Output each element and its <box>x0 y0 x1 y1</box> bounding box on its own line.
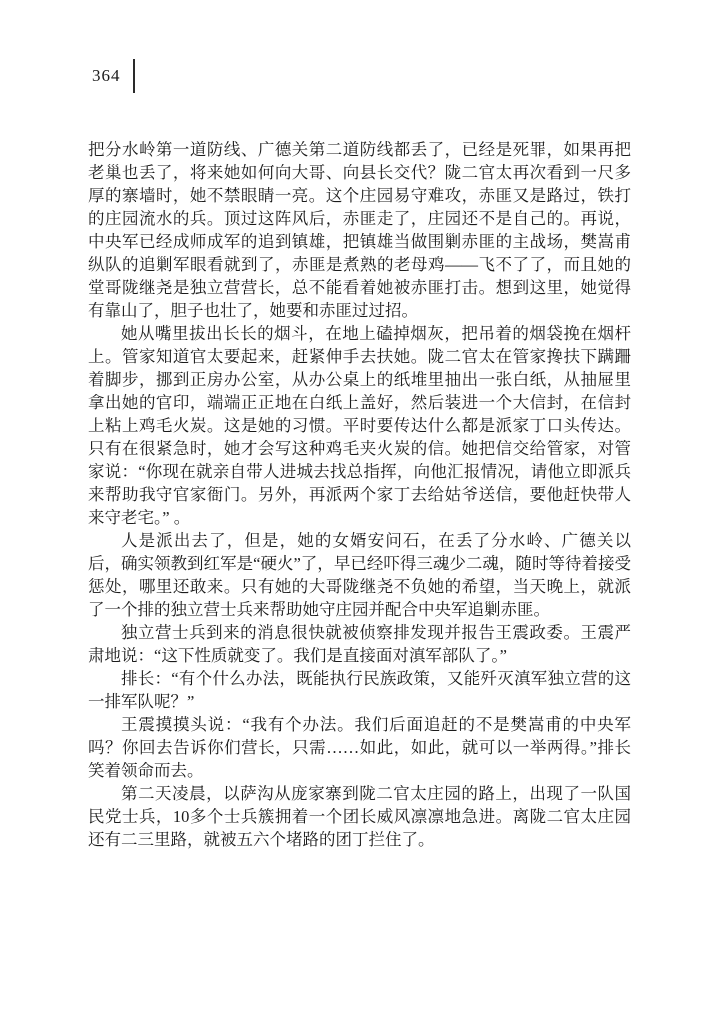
page-header: 364 <box>92 58 135 94</box>
paragraph: 把分水岭第一道防线、广德关第二道防线都丢了，已经是死罪，如果再把老巢也丢了，将来… <box>88 138 631 322</box>
paragraph: 第二天凌晨，以萨沟从庞家寨到陇二官太庄园的路上，出现了一队国民党士兵，10多个士… <box>88 782 631 851</box>
book-page: 364 把分水岭第一道防线、广德关第二道防线都丢了，已经是死罪，如果再把老巢也丢… <box>0 0 715 1010</box>
paragraph: 王震摸摸头说：“我有个办法。我们后面追赶的不是樊嵩甫的中央军吗？你回去告诉你们营… <box>88 713 631 782</box>
paragraph: 排长：“有个什么办法，既能执行民族政策，又能歼灭滇军独立营的这一排军队呢？” <box>88 667 631 713</box>
page-number-divider <box>133 59 135 93</box>
paragraph: 她从嘴里拔出长长的烟斗，在地上磕掉烟灰，把吊着的烟袋挽在烟杆上。管家知道官太要起… <box>88 322 631 529</box>
paragraph: 人是派出去了，但是，她的女婿安问石，在丢了分水岭、广德关以后，确实领教到红军是“… <box>88 529 631 621</box>
body-text: 把分水岭第一道防线、广德关第二道防线都丢了，已经是死罪，如果再把老巢也丢了，将来… <box>88 138 631 851</box>
page-number: 364 <box>92 58 121 94</box>
paragraph: 独立营士兵到来的消息很快就被侦察排发现并报告王震政委。王震严肃地说：“这下性质就… <box>88 621 631 667</box>
